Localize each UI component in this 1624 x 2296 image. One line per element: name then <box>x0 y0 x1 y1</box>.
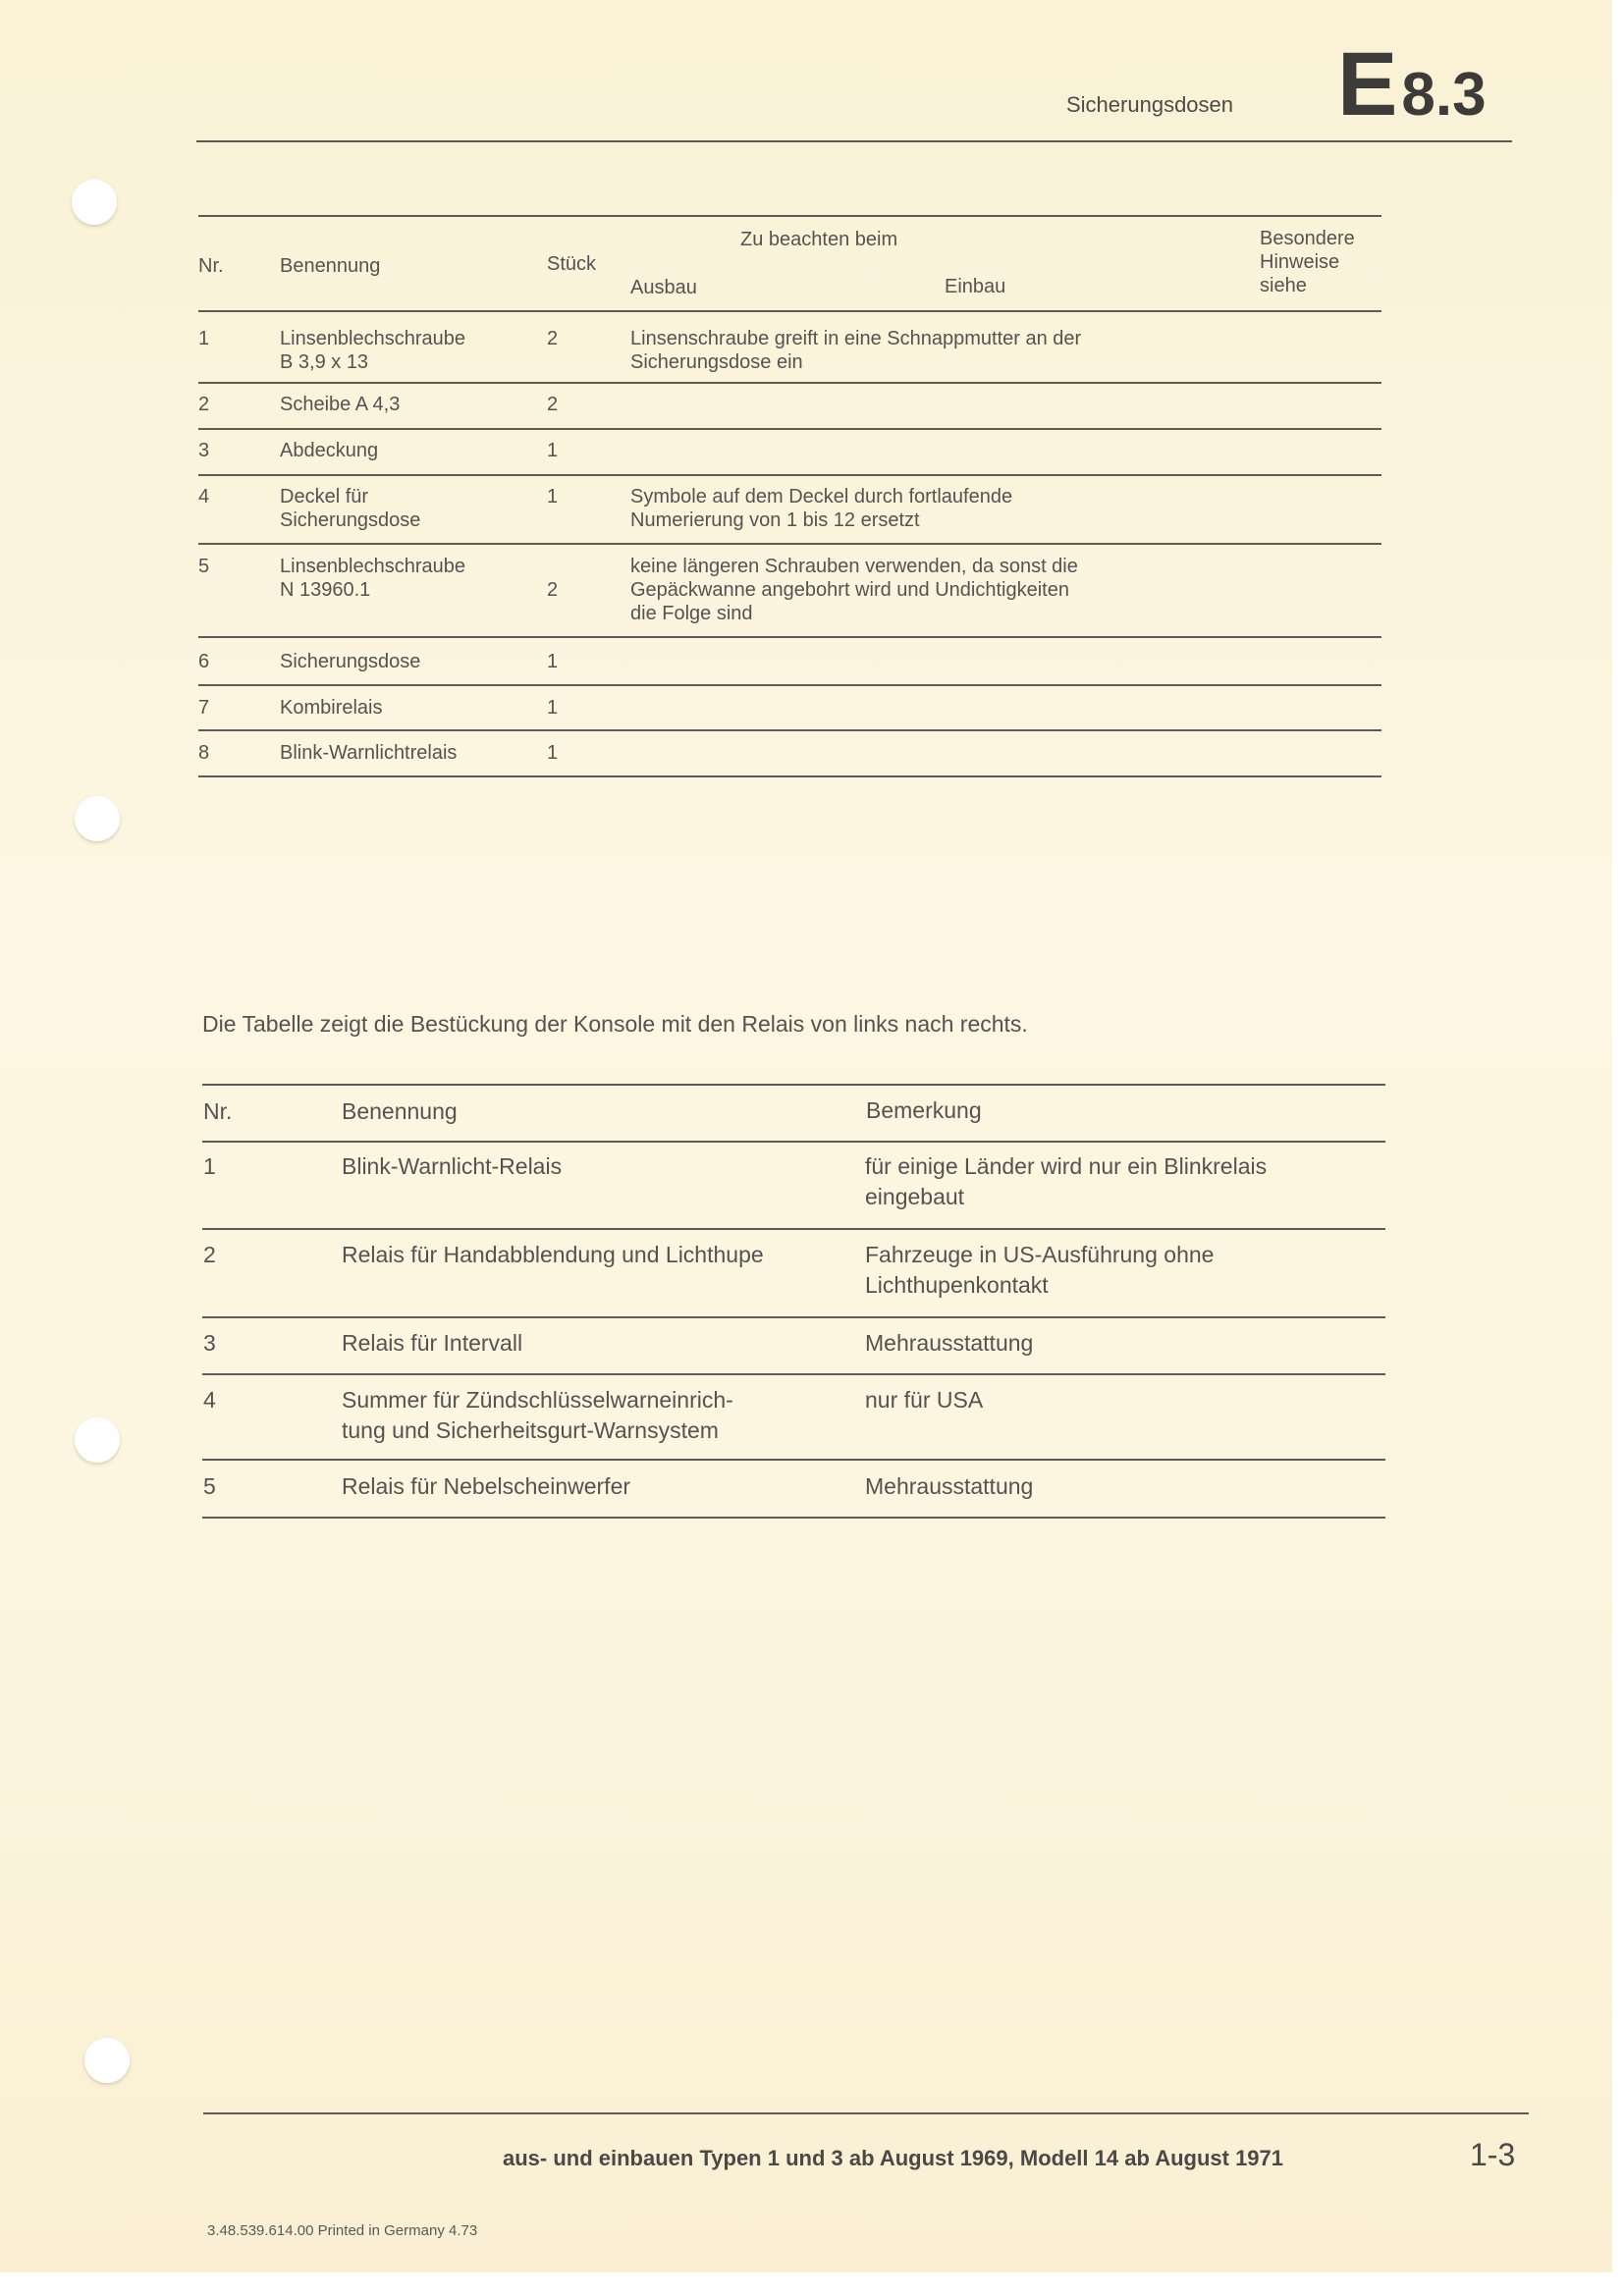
row-rule <box>202 1459 1385 1461</box>
row-remark: nur für USA <box>865 1385 983 1415</box>
row-name: Relais für Nebelscheinwerfer <box>342 1471 630 1502</box>
row-remark-line: Lichthupenkontakt <box>865 1270 1214 1301</box>
row-remark: für einige Länder wird nur ein Blinkrela… <box>865 1151 1267 1212</box>
row-rule <box>202 1228 1385 1230</box>
table-header-rule <box>202 1141 1385 1143</box>
row-rule <box>202 1316 1385 1318</box>
row-name: Blink-Warnlicht-Relais <box>342 1151 562 1182</box>
row-name-line: Blink-Warnlicht-Relais <box>342 1151 562 1182</box>
row-remark-line: Mehrausstattung <box>865 1471 1033 1502</box>
row-name-line: tung und Sicherheitsgurt-Warnsystem <box>342 1415 733 1446</box>
row-nr: 5 <box>203 1471 216 1502</box>
row-name-line: Relais für Nebelscheinwerfer <box>342 1471 630 1502</box>
row-remark: Mehrausstattung <box>865 1471 1033 1502</box>
document-page: Sicherungsdosen E8.3 Nr. Benennung Stück… <box>0 0 1612 2272</box>
row-name-line: Relais für Intervall <box>342 1328 522 1359</box>
print-info: 3.48.539.614.00 Printed in Germany 4.73 <box>207 2222 477 2239</box>
row-nr: 1 <box>203 1151 216 1182</box>
table-top-rule <box>202 1084 1385 1086</box>
row-remark: Mehrausstattung <box>865 1328 1033 1359</box>
page-number: 1-3 <box>1470 2137 1515 2173</box>
row-name: Summer für Zündschlüsselwarneinrich-tung… <box>342 1385 733 1446</box>
row-name-line: Summer für Zündschlüsselwarneinrich- <box>342 1385 733 1415</box>
row-nr: 2 <box>203 1240 216 1270</box>
row-nr: 4 <box>203 1385 216 1415</box>
punch-hole <box>84 2038 130 2083</box>
row-rule <box>202 1517 1385 1519</box>
header-nr: Nr. <box>203 1096 232 1127</box>
row-remark-line: Fahrzeuge in US-Ausführung ohne <box>865 1240 1214 1270</box>
row-name-line: Relais für Handabblendung und Lichthupe <box>342 1240 764 1270</box>
row-nr: 3 <box>203 1328 216 1359</box>
relay-table: Nr. Benennung Bemerkung 1Blink-Warnlicht… <box>0 0 1612 1571</box>
row-rule <box>202 1373 1385 1375</box>
row-name: Relais für Intervall <box>342 1328 522 1359</box>
header-remark: Bemerkung <box>866 1095 982 1126</box>
row-name: Relais für Handabblendung und Lichthupe <box>342 1240 764 1270</box>
header-name: Benennung <box>342 1096 458 1127</box>
row-remark-line: nur für USA <box>865 1385 983 1415</box>
row-remark-line: eingebaut <box>865 1182 1267 1212</box>
row-remark: Fahrzeuge in US-Ausführung ohneLichthupe… <box>865 1240 1214 1301</box>
row-remark-line: Mehrausstattung <box>865 1328 1033 1359</box>
footer-rule <box>203 2112 1529 2114</box>
footer-description: aus- und einbauen Typen 1 und 3 ab Augus… <box>503 2146 1283 2171</box>
row-remark-line: für einige Länder wird nur ein Blinkrela… <box>865 1151 1267 1182</box>
